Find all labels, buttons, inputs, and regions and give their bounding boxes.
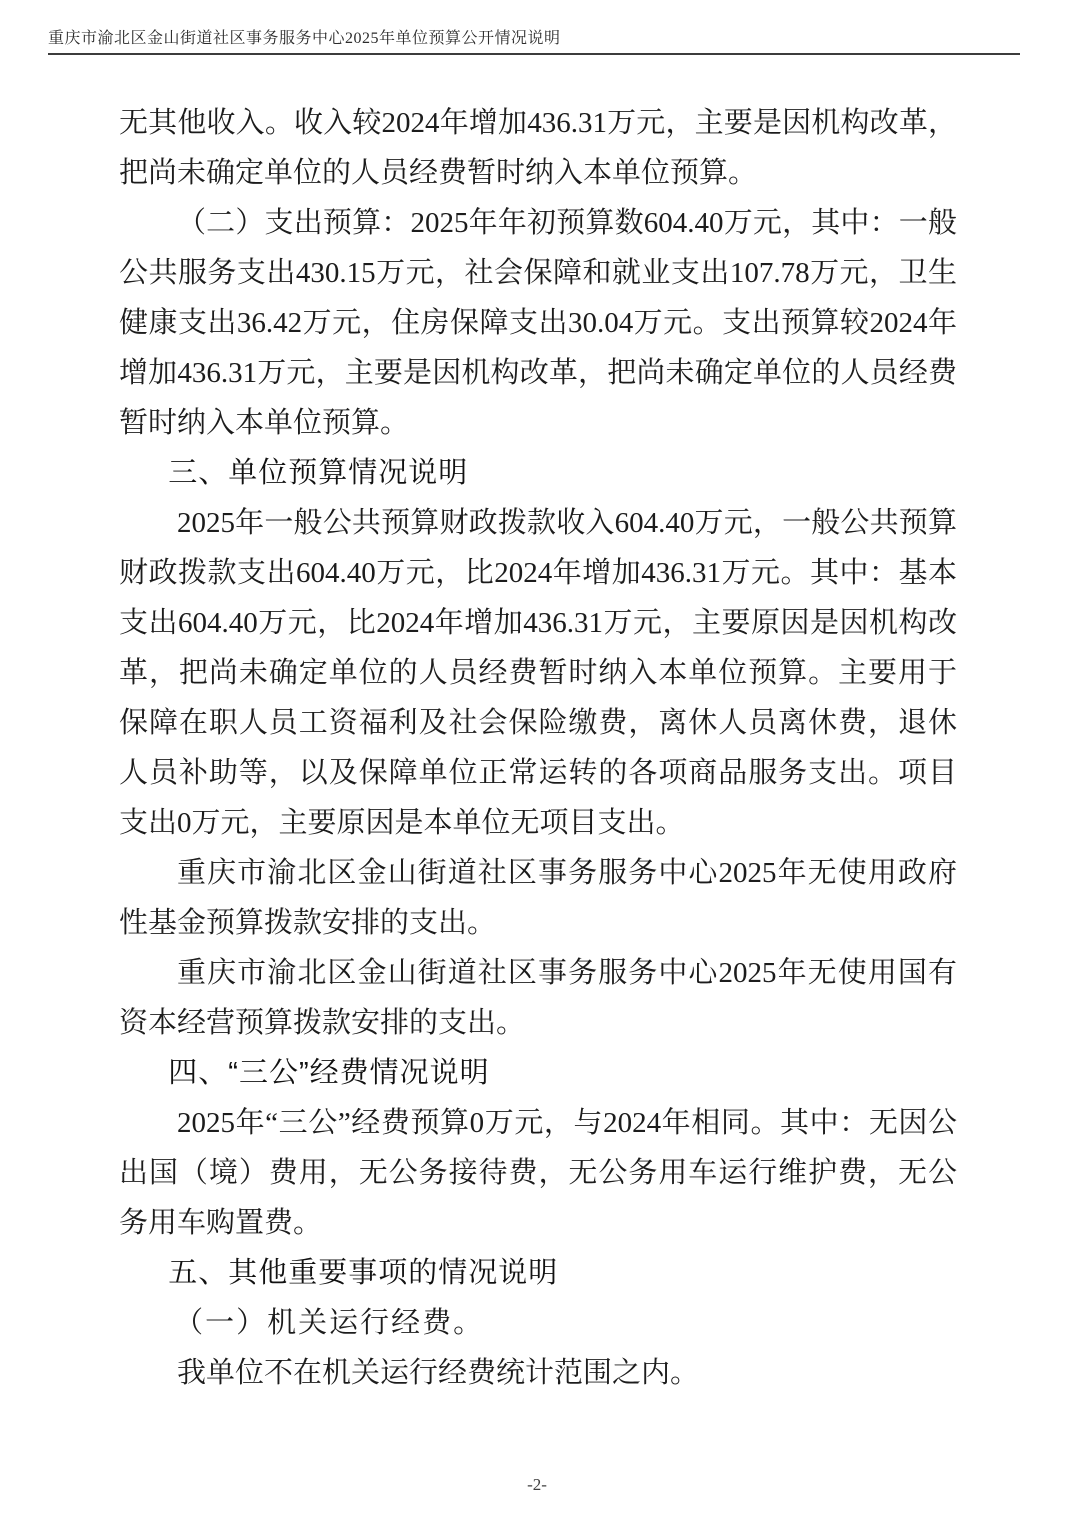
document-body: 无其他收入。收入较2024年增加436.31万元，主要是因机构改革，把尚未确定单… — [119, 98, 957, 1398]
section-heading-other-important-items: 五、其他重要事项的情况说明 — [119, 1248, 957, 1298]
page-number: -2- — [0, 1474, 1074, 1496]
paragraph-agency-operating-note: 我单位不在机关运行经费统计范围之内。 — [119, 1348, 957, 1398]
paragraph-income-continuation: 无其他收入。收入较2024年增加436.31万元，主要是因机构改革，把尚未确定单… — [119, 98, 957, 198]
paragraph-unit-budget-detail: 2025年一般公共预算财政拨款收入604.40万元，一般公共预算财政拨款支出60… — [119, 498, 957, 848]
paragraph-gov-fund-budget: 重庆市渝北区金山街道社区事务服务中心2025年无使用政府性基金预算拨款安排的支出… — [119, 848, 957, 948]
paragraph-three-public-funds: 2025年“三公”经费预算0万元，与2024年相同。其中：无因公出国（境）费用，… — [119, 1098, 957, 1248]
header-rule — [48, 53, 1020, 55]
section-heading-unit-budget: 三、单位预算情况说明 — [119, 448, 957, 498]
subheading-agency-operating-expense: （一）机关运行经费。 — [119, 1298, 957, 1348]
paragraph-state-capital-budget: 重庆市渝北区金山街道社区事务服务中心2025年无使用国有资本经营预算拨款安排的支… — [119, 948, 957, 1048]
running-header-title: 重庆市渝北区金山街道社区事务服务中心2025年单位预算公开情况说明 — [48, 28, 1020, 50]
paragraph-expense-budget: （二）支出预算：2025年年初预算数604.40万元，其中：一般公共服务支出43… — [119, 198, 957, 448]
page-header: 重庆市渝北区金山街道社区事务服务中心2025年单位预算公开情况说明 — [48, 28, 1020, 55]
section-heading-three-public-funds: 四、“三公”经费情况说明 — [119, 1048, 957, 1098]
document-page: 重庆市渝北区金山街道社区事务服务中心2025年单位预算公开情况说明 无其他收入。… — [0, 0, 1074, 1520]
